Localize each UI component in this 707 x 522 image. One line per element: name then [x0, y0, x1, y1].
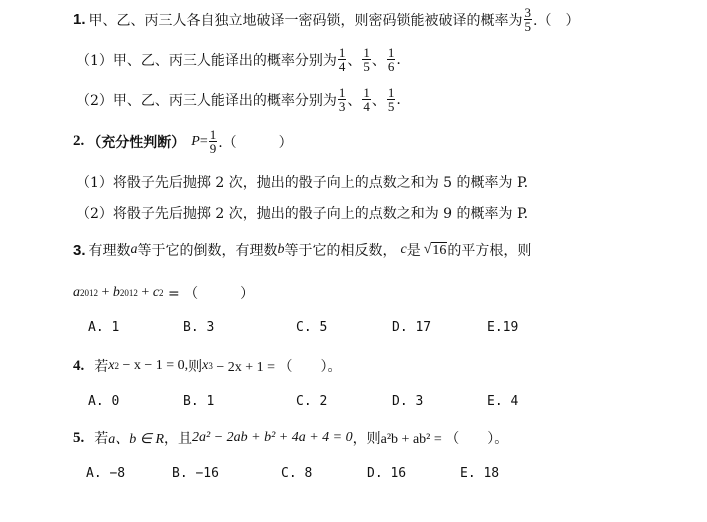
question-text: 等于它的相反数， [285, 240, 397, 260]
var-a: a [73, 285, 80, 301]
question-1-sub-1: （1） 甲、乙、丙三人能译出的概率分别为 14、 15、 16 . [76, 46, 401, 73]
question-number: 5. [73, 430, 84, 447]
fraction: 14 [362, 86, 371, 113]
option-c[interactable]: C. 5 [296, 320, 327, 335]
sub-text: 将骰子先后抛掷 2 次，抛出的骰子向上的点数之和为 5 的概率为 P. [113, 172, 528, 192]
target-expression: a²b + ab² = （ ）。 [381, 428, 509, 448]
sub-label: （1） [76, 50, 113, 70]
question-number: 3. [73, 242, 86, 259]
sqrt-sign: √ [424, 242, 432, 258]
option-a[interactable]: A. 1 [88, 320, 119, 335]
option-d[interactable]: D. 17 [392, 320, 431, 335]
option-b[interactable]: B. −16 [172, 466, 219, 481]
sub-text: 将骰子先后抛掷 2 次，抛出的骰子向上的点数之和为 9 的概率为 P. [113, 203, 528, 223]
question-2: 2. （充分性判断） P = 19 .（ ） [73, 128, 293, 155]
period: . [396, 92, 400, 108]
sub-label: （2） [76, 90, 113, 110]
option-c[interactable]: C. 8 [281, 466, 312, 481]
exponent: 2012 [120, 288, 138, 298]
answer-blank: = （ ） [164, 283, 255, 303]
question-5: 5. 若 a、b ∈ R ，且 2a² − 2ab + b² + 4a + 4 … [73, 428, 508, 448]
question-3-expression: a2012 + b2012 + c2 = （ ） [73, 283, 254, 303]
question-text: 若 [94, 356, 108, 376]
fraction: 3 5 [524, 6, 533, 33]
question-text: ，则 [353, 428, 381, 448]
var-b: b [113, 285, 120, 301]
fraction: 19 [209, 128, 218, 155]
lhs-equation: − x − 1 = 0, [119, 358, 188, 374]
period: . [396, 52, 400, 68]
fraction: 13 [338, 86, 347, 113]
option-c[interactable]: C. 2 [296, 394, 327, 409]
exponent: 2012 [80, 288, 98, 298]
question-1-sub-2: （2） 甲、乙、丙三人能译出的概率分别为 13、 14、 15 . [76, 86, 401, 113]
plus: + [98, 285, 113, 301]
option-b[interactable]: B. 3 [183, 320, 214, 335]
question-4: 4. 若 x2 − x − 1 = 0, 则 x3 − 2x + 1 = （ ）… [73, 356, 342, 376]
question-2-sub-1: （1） 将骰子先后抛掷 2 次，抛出的骰子向上的点数之和为 5 的概率为 P. [76, 172, 528, 192]
sub-text: 甲、乙、丙三人能译出的概率分别为 [113, 90, 337, 110]
option-d[interactable]: D. 16 [367, 466, 406, 481]
var-a: a [131, 242, 138, 258]
sqrt-radicand: 16 [431, 242, 447, 259]
question-text: 是 [407, 240, 421, 260]
question-text: 则 [188, 356, 202, 376]
question-number: 1. [73, 11, 86, 28]
sub-label: （1） [76, 172, 113, 192]
question-label: （充分性判断） [87, 132, 185, 152]
question-2-sub-2: （2） 将骰子先后抛掷 2 次，抛出的骰子向上的点数之和为 9 的概率为 P. [76, 203, 528, 223]
fraction: 14 [338, 46, 347, 73]
answer-blank: .（ ） [533, 10, 579, 30]
question-1: 1. 甲、乙、丙三人各自独立地破译一密码锁，则密码锁能被破译的概率为 3 5 .… [73, 6, 579, 33]
question-3: 3. 有理数 a 等于它的倒数，有理数 b 等于它的相反数， c 是 √16 的… [73, 240, 531, 260]
option-d[interactable]: D. 3 [392, 394, 423, 409]
rhs-equation: − 2x + 1 = （ ）。 [213, 356, 342, 376]
fraction: 15 [362, 46, 371, 73]
option-e[interactable]: E. 4 [487, 394, 518, 409]
question-text: 等于它的倒数，有理数 [138, 240, 278, 260]
option-e[interactable]: E.19 [487, 320, 518, 335]
option-a[interactable]: A. 0 [88, 394, 119, 409]
question-text: 甲、乙、丙三人各自独立地破译一密码锁，则密码锁能被破译的概率为 [89, 10, 523, 30]
p-variable: P [191, 134, 200, 150]
variables: a、b ∈ R [108, 428, 164, 448]
option-a[interactable]: A. −8 [86, 466, 125, 481]
question-text: 的平方根，则 [447, 240, 531, 260]
option-e[interactable]: E. 18 [460, 466, 499, 481]
sub-label: （2） [76, 203, 113, 223]
question-number: 4. [73, 358, 84, 375]
question-number: 2. [73, 133, 84, 150]
equals: = [200, 134, 208, 150]
sub-text: 甲、乙、丙三人能译出的概率分别为 [113, 50, 337, 70]
equation: 2a² − 2ab + b² + 4a + 4 = 0 [192, 430, 353, 446]
answer-blank: .（ ） [218, 132, 292, 152]
plus: + [138, 285, 153, 301]
option-b[interactable]: B. 1 [183, 394, 214, 409]
fraction: 15 [387, 86, 396, 113]
question-text: ，且 [164, 428, 192, 448]
fraction: 16 [387, 46, 396, 73]
question-text: 若 [94, 428, 108, 448]
question-text: 有理数 [89, 240, 131, 260]
var-b: b [278, 242, 285, 258]
